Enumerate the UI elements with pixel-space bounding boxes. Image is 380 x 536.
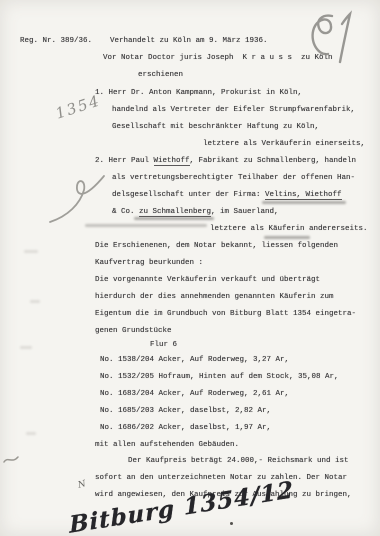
doc-line-sale-1: Die vorgenannte Verkäuferin verkauft und… xyxy=(95,275,320,285)
role-post: andererseits. xyxy=(305,225,368,233)
doc-line-party1-2: handelnd als Vertreter der Eifeler Strum… xyxy=(112,105,355,115)
pencil-checkmark xyxy=(46,170,118,230)
pencil-smudge-under-place xyxy=(134,217,214,220)
parcel-row: No. 1683/204 Acker, Auf Roderweg, 2,61 A… xyxy=(100,389,289,399)
party2-pre: 2. Herr Paul xyxy=(95,157,154,165)
parcel-row: No. 1685/203 Acker, daselbst, 2,82 Ar, xyxy=(100,406,271,416)
firm-pre: delsgesellschaft unter der Firma: xyxy=(112,191,265,199)
handwritten-check-note: N xyxy=(77,479,87,491)
doc-line-party2-1: 2. Herr Paul Wiethoff, Fabrikant zu Schm… xyxy=(95,156,356,166)
firm-name-underlined: Veltins, Wiethoff xyxy=(265,191,342,200)
margin-speck xyxy=(20,346,32,349)
doc-line-party2-role: letztere als Käuferin andererseits. xyxy=(210,224,368,234)
doc-line-verhandelt: Verhandelt zu Köln am 9. März 1936. xyxy=(110,36,268,46)
handwritten-margin-number: 1354 xyxy=(53,91,102,122)
doc-line-sale-2: hierdurch der dies annehmenden genannten… xyxy=(95,292,334,302)
margin-speck xyxy=(26,432,36,435)
margin-speck xyxy=(30,300,40,303)
parcel-row: No. 1538/204 Acker, Auf Roderweg, 3,27 A… xyxy=(100,355,289,365)
pencil-smudge-under-firm xyxy=(262,201,346,204)
doc-line-gebaeuden: mit allen aufstehenden Gebäuden. xyxy=(95,440,239,450)
firm-place-underlined: zu Schmallenberg xyxy=(139,208,211,217)
parcel-row: No. 1686/202 Acker, daselbst, 1,97 Ar, xyxy=(100,423,271,433)
parcel-row: No. 1532/205 Hofraum, Hinten auf dem Sto… xyxy=(100,372,339,382)
doc-line-flur-heading: Flur 6 xyxy=(150,340,177,350)
doc-line-intro-2: Kaufvertrag beurkunden : xyxy=(95,258,203,268)
doc-line-reg-no: Reg. Nr. 389/36. xyxy=(20,36,92,46)
role-name: Käuferin xyxy=(269,225,305,233)
role-pre: letztere als xyxy=(210,225,269,233)
pencil-tilde-mark xyxy=(2,452,22,466)
doc-line-party2-3: delsgesellschaft unter der Firma: Veltin… xyxy=(112,190,342,200)
margin-speck xyxy=(24,250,38,253)
doc-line-preis-1: Der Kaufpreis beträgt 24.000,- Reichsmar… xyxy=(128,456,349,466)
doc-line-party1-role: letztere als Verkäuferin einerseits, xyxy=(203,139,365,149)
doc-line-sale-4: genen Grundstücke xyxy=(95,326,172,336)
party2-name-underlined: Wiethoff xyxy=(154,157,190,166)
handwritten-page-number xyxy=(298,8,368,68)
firm-region: , im Sauerland, xyxy=(211,208,279,216)
doc-line-intro-1: Die Erschienenen, dem Notar bekannt, lie… xyxy=(95,241,338,251)
doc-line-erschienen: erschienen xyxy=(138,70,183,80)
doc-line-party2-4: & Co. zu Schmallenberg, im Sauerland, xyxy=(112,207,279,217)
doc-line-party1-1: 1. Herr Dr. Anton Kampmann, Prokurist in… xyxy=(95,88,302,98)
party2-post: , Fabrikant zu Schmallenberg, handeln xyxy=(190,157,357,165)
doc-line-sale-3: Eigentum die im Grundbuch von Bitburg Bl… xyxy=(95,309,356,319)
doc-line-party2-2: als vertretungsberechtigter Teilhaber de… xyxy=(112,173,355,183)
ink-speck xyxy=(230,522,233,525)
doc-line-preis-2: sofort an den unterzeichneten Notar zu z… xyxy=(95,473,347,483)
doc-line-party1-3: Gesellschaft mit beschränkter Haftung zu… xyxy=(112,122,319,132)
pencil-smudge-under-kaeuferin xyxy=(264,236,310,239)
document-page: Reg. Nr. 389/36. Verhandelt zu Köln am 9… xyxy=(0,0,380,536)
handwritten-signature: Bitburg 1354/12 xyxy=(69,476,295,536)
